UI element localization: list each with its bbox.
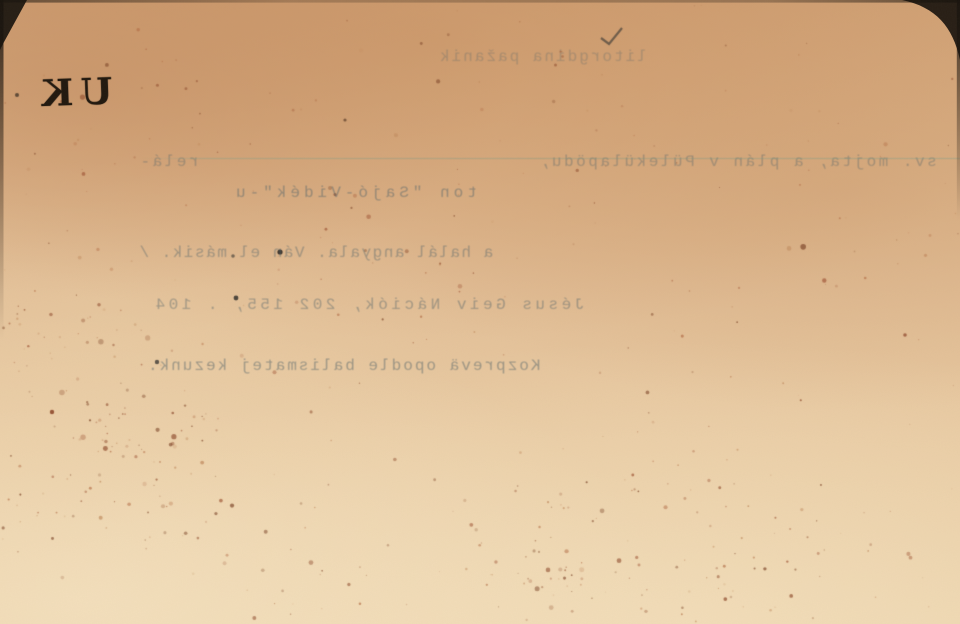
ghost-line-2: sv. mojta, a plán v Pülekülapödu, relá- (138, 152, 937, 172)
ghost-line-4: a halál angyala. Ván el másik. / (138, 243, 493, 263)
ghost-line-6: Kozprevä opodle balismatej kezunk. (146, 356, 540, 376)
ghost-line-1: litorgdina pažanik (438, 47, 647, 67)
uk-stamp: UK (33, 71, 113, 116)
scanned-page: litorgdina pažanik sv. mojta, a plán v P… (0, 0, 960, 624)
ghost-line-3: ton "Sajó-Vidék"-u (232, 183, 477, 203)
ruled-line (140, 158, 960, 159)
ghost-line-5: Jésus Geiv Nációk, 202 155, . 104 (152, 295, 584, 315)
